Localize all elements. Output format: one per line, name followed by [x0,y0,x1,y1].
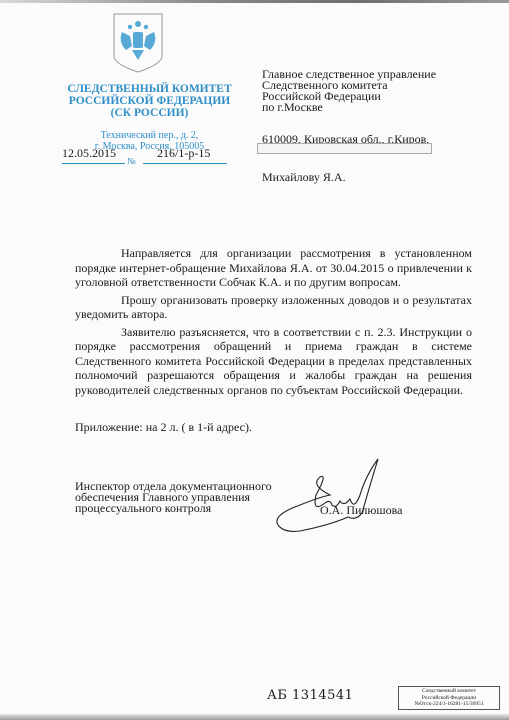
page-bottom-edge [0,714,509,720]
letter-body: Направляется для организации рассмотрени… [75,246,472,400]
paragraph: Заявителю разъясняется, что в соответств… [75,325,472,398]
form-serial-number: АБ 1314541 [267,688,353,703]
registration-stamp: Следственный комитет Российской Федераци… [398,686,500,710]
recipient-name: Михайлову Я.А. [262,170,346,185]
number-underline [143,163,227,164]
coat-of-arms-icon [112,12,164,74]
redacted-field [257,143,432,154]
attachment-note: Приложение: на 2 л. ( в 1-й адрес). [75,420,252,435]
signer-title: Инспектор отдела документационного обесп… [75,481,272,514]
page-top-edge [0,0,509,3]
paragraph: Направляется для организации рассмотрени… [75,246,472,290]
paragraph: Прошу организовать проверку изложенных д… [75,293,472,322]
handwritten-signature-icon [270,455,390,535]
document-date: 12.05.2015 [62,146,116,161]
number-sign: № [127,156,136,166]
signer-name: О.А. Пилюшова [320,503,402,518]
date-underline [62,163,125,164]
organization-name: СЛЕДСТВЕННЫЙ КОМИТЕТ РОССИЙСКОЙ ФЕДЕРАЦИ… [52,83,247,119]
recipient-block: Главное следственное управление Следстве… [262,69,502,113]
document-number: 216/1-р-15 [157,146,210,161]
